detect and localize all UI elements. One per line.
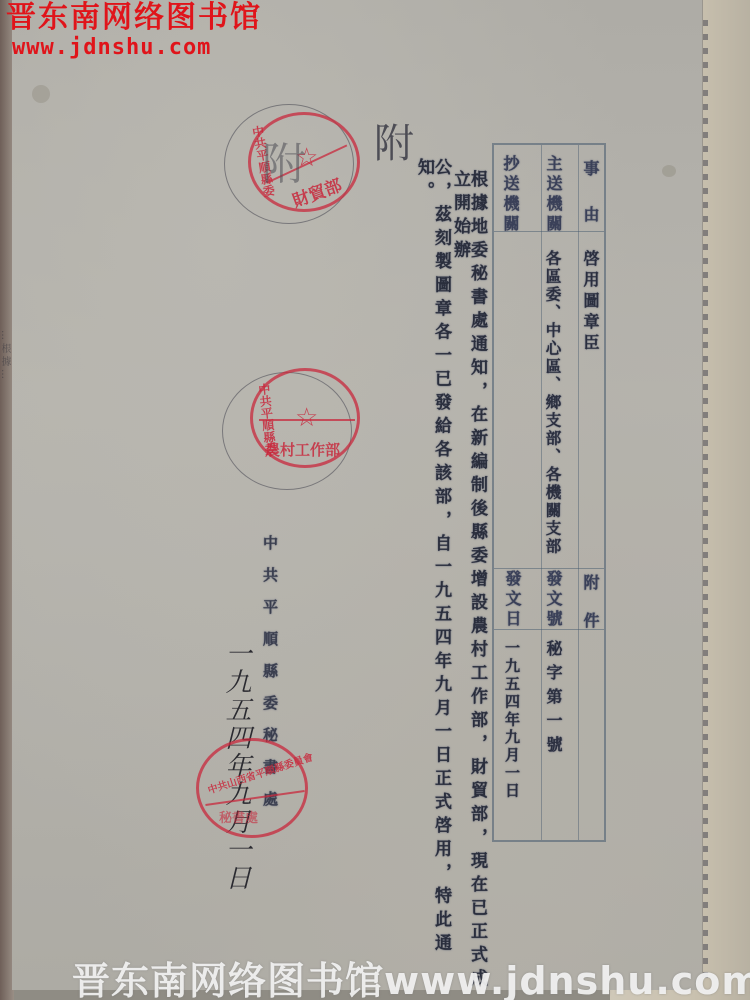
issue-date-value: 一九五四年九月一日 xyxy=(504,640,519,800)
subject-value: 啓用圖章臣 xyxy=(582,250,598,355)
doc-number-label: 發文號 xyxy=(545,570,561,630)
cc-label: 抄送機關 xyxy=(502,155,518,235)
doc-number-value: 秘字第一號 xyxy=(545,640,561,760)
watermark-bottom: 晋东南网络图书馆www.jdnshu.com xyxy=(72,950,750,1000)
body-line-1: 根據地委秘書處通知，在新編制後縣委增設農村工作部，財貿部，現在已正式成立開始辦 xyxy=(451,170,485,1000)
watermark-top: 晋东南网络图书馆 www.jdnshu.com xyxy=(6,0,262,60)
stain xyxy=(662,165,676,177)
table-column-divider xyxy=(541,145,542,840)
attachment-label: 附件 xyxy=(582,574,598,650)
pencil-annotation-under-stamp: 附 xyxy=(262,128,306,192)
stamp-rural-work: 中共平順縣委 ☆ 農村工作部 xyxy=(250,368,360,468)
issue-date-label: 發文日 xyxy=(504,570,520,630)
left-page-text-fragment: …根據… xyxy=(2,330,12,382)
pencil-annotation: 附 xyxy=(374,112,414,169)
table-row-divider xyxy=(494,568,604,569)
star-icon: ☆ xyxy=(295,405,318,431)
body-line-2: 公，茲刻製圖章各一已發給各該部，自一九五四年九月一日正式啓用，特此通知。 xyxy=(415,158,449,1000)
watermark-top-title: 晋东南网络图书馆 xyxy=(6,0,262,36)
main-recipients-label: 主送機關 xyxy=(545,155,561,235)
stain xyxy=(32,85,50,103)
stamp-label: 秘書處 xyxy=(219,807,258,826)
subject-label: 事由 xyxy=(582,160,598,252)
watermark-top-url: www.jdnshu.com xyxy=(6,36,262,60)
main-recipients-value: 各區委、中心區、鄉支部、各機關支部 xyxy=(545,250,561,556)
table-column-divider xyxy=(578,145,579,840)
stamp-arc-text: 中共山西省平順縣委員會 xyxy=(205,748,314,796)
stamp-secretariat: 中共山西省平順縣委員會 秘書處 xyxy=(196,738,308,838)
stamp-label: 農村工作部 xyxy=(265,439,340,460)
